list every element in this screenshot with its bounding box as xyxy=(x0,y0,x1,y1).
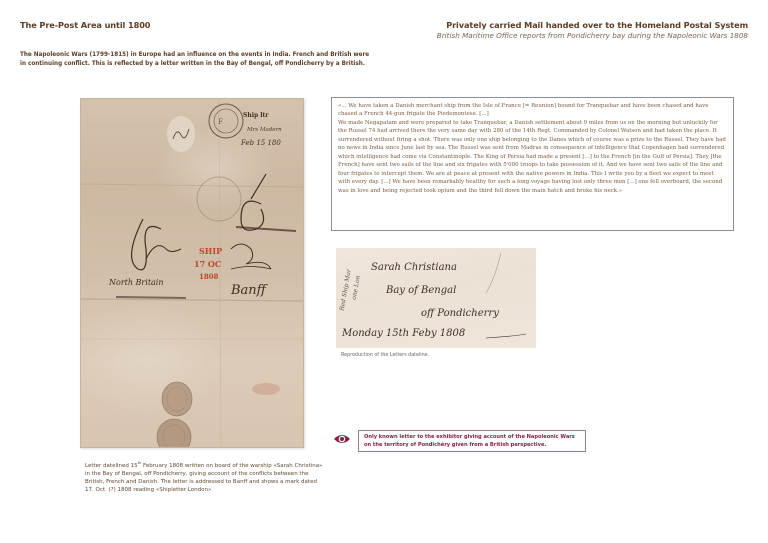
svg-text:Sarah Christiana: Sarah Christiana xyxy=(371,262,457,273)
quote-paragraph-1: «... We have taken a Danish merchant shi… xyxy=(338,102,727,119)
intro-text: The Napoleonic Wars (1799-1815) in Europ… xyxy=(20,51,370,69)
svg-text:Feb 15 180: Feb 15 180 xyxy=(240,139,281,147)
letter-image: F Ship ltr Mrs Madern Feb 15 180 SHIP 17… xyxy=(80,98,304,448)
caption-text-1: Letter datelined 15 xyxy=(85,463,138,469)
highlight-note: Only known letter to the exhibitor givin… xyxy=(358,430,586,452)
svg-text:Monday 15th Feby 1808: Monday 15th Feby 1808 xyxy=(341,328,465,339)
letter-handwriting-illustration: F Ship ltr Mrs Madern Feb 15 180 SHIP 17… xyxy=(81,99,304,448)
dateline-caption: Reproduction of the Letters dateline. xyxy=(341,353,429,358)
svg-text:Red Ship Mar: Red Ship Mar xyxy=(338,268,353,313)
svg-text:one Lon: one Lon xyxy=(351,275,362,300)
svg-text:Mrs Madern: Mrs Madern xyxy=(246,127,282,133)
letter-quote-box: «... We have taken a Danish merchant shi… xyxy=(331,97,734,231)
svg-text:F: F xyxy=(218,118,223,126)
eye-icon xyxy=(333,433,351,445)
quote-paragraph-2: We made Negapatam and were prepared to t… xyxy=(338,119,727,195)
section-title: The Pre-Post Area until 1800 xyxy=(20,20,150,30)
svg-text:off Pondicherry: off Pondicherry xyxy=(421,308,499,319)
svg-text:17 OC: 17 OC xyxy=(194,259,221,269)
svg-text:Ship ltr: Ship ltr xyxy=(243,112,269,119)
dateline-image: Red Ship Mar one Lon Sarah Christiana Ba… xyxy=(336,248,536,348)
exhibit-title: Privately carried Mail handed over to th… xyxy=(437,20,748,30)
svg-text:1808: 1808 xyxy=(199,272,219,281)
svg-text:Banff: Banff xyxy=(230,283,269,298)
svg-text:SHIP: SHIP xyxy=(199,246,222,256)
svg-text:North Britain: North Britain xyxy=(108,278,164,287)
exhibit-header: Privately carried Mail handed over to th… xyxy=(437,20,748,40)
exhibit-subtitle: British Maritime Office reports from Pon… xyxy=(437,31,748,40)
svg-text:Bay of Bengal: Bay of Bengal xyxy=(385,285,456,296)
dateline-handwriting-illustration: Red Ship Mar one Lon Sarah Christiana Ba… xyxy=(336,248,536,348)
letter-caption: Letter datelined 15th February 1808 writ… xyxy=(85,459,325,495)
